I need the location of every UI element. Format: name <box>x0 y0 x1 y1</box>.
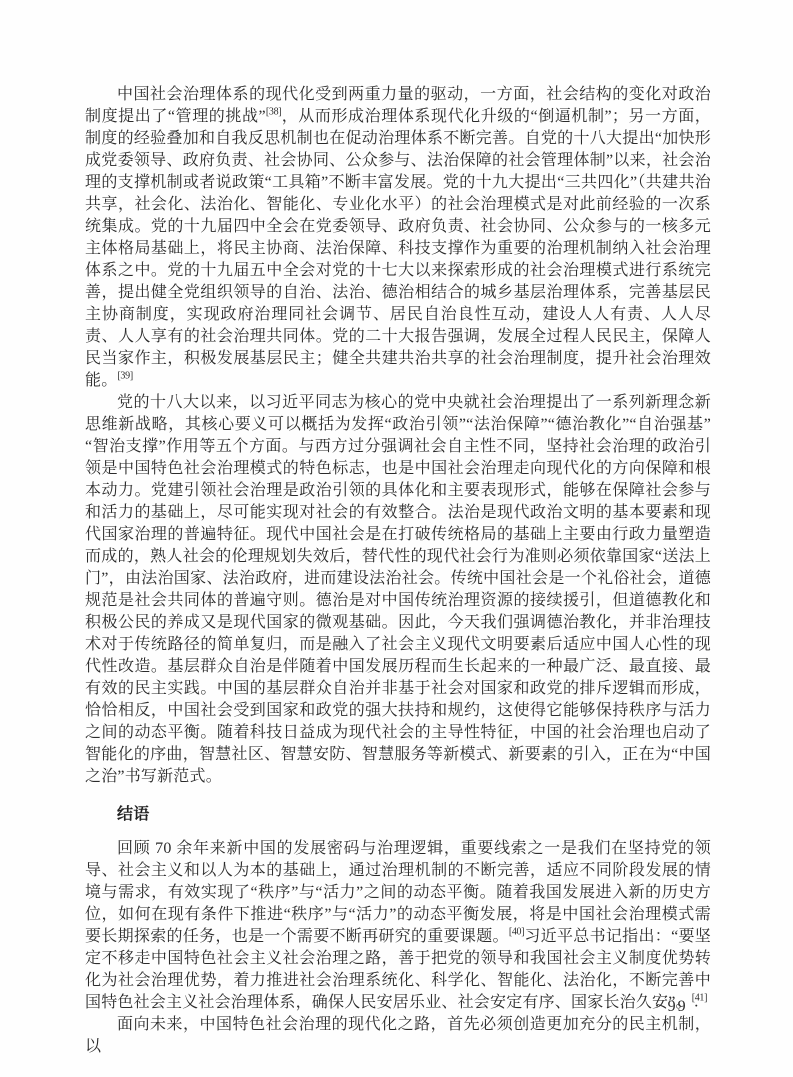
citation-ref: [38] <box>266 107 281 118</box>
conclusion-paragraph-2: 面向未来，中国特色社会治理的现代化之路，首先必须创造更加充分的民主机制，以 <box>85 1014 711 1058</box>
article-body: 中国社会治理体系的现代化受到两重力量的驱动，一方面，社会结构的变化对政治制度提出… <box>85 84 711 1058</box>
page-number: · 99 · <box>654 998 701 1016</box>
body-paragraph-2: 党的十八大以来，以习近平同志为核心的党中央就社会治理提出了一系列新理念新思维新战… <box>85 392 711 788</box>
citation-ref: [39] <box>117 371 132 382</box>
citation-ref: [40] <box>509 927 524 938</box>
conclusion-paragraph-1: 回顾 70 余年来新中国的发展密码与治理逻辑，重要线索之一是我们在坚持党的领导、… <box>85 838 711 1014</box>
body-paragraph-1: 中国社会治理体系的现代化受到两重力量的驱动，一方面，社会结构的变化对政治制度提出… <box>85 84 711 392</box>
section-heading-conclusion: 结语 <box>85 804 711 826</box>
document-page: 中国社会治理体系的现代化受到两重力量的驱动，一方面，社会结构的变化对政治制度提出… <box>0 0 793 1077</box>
